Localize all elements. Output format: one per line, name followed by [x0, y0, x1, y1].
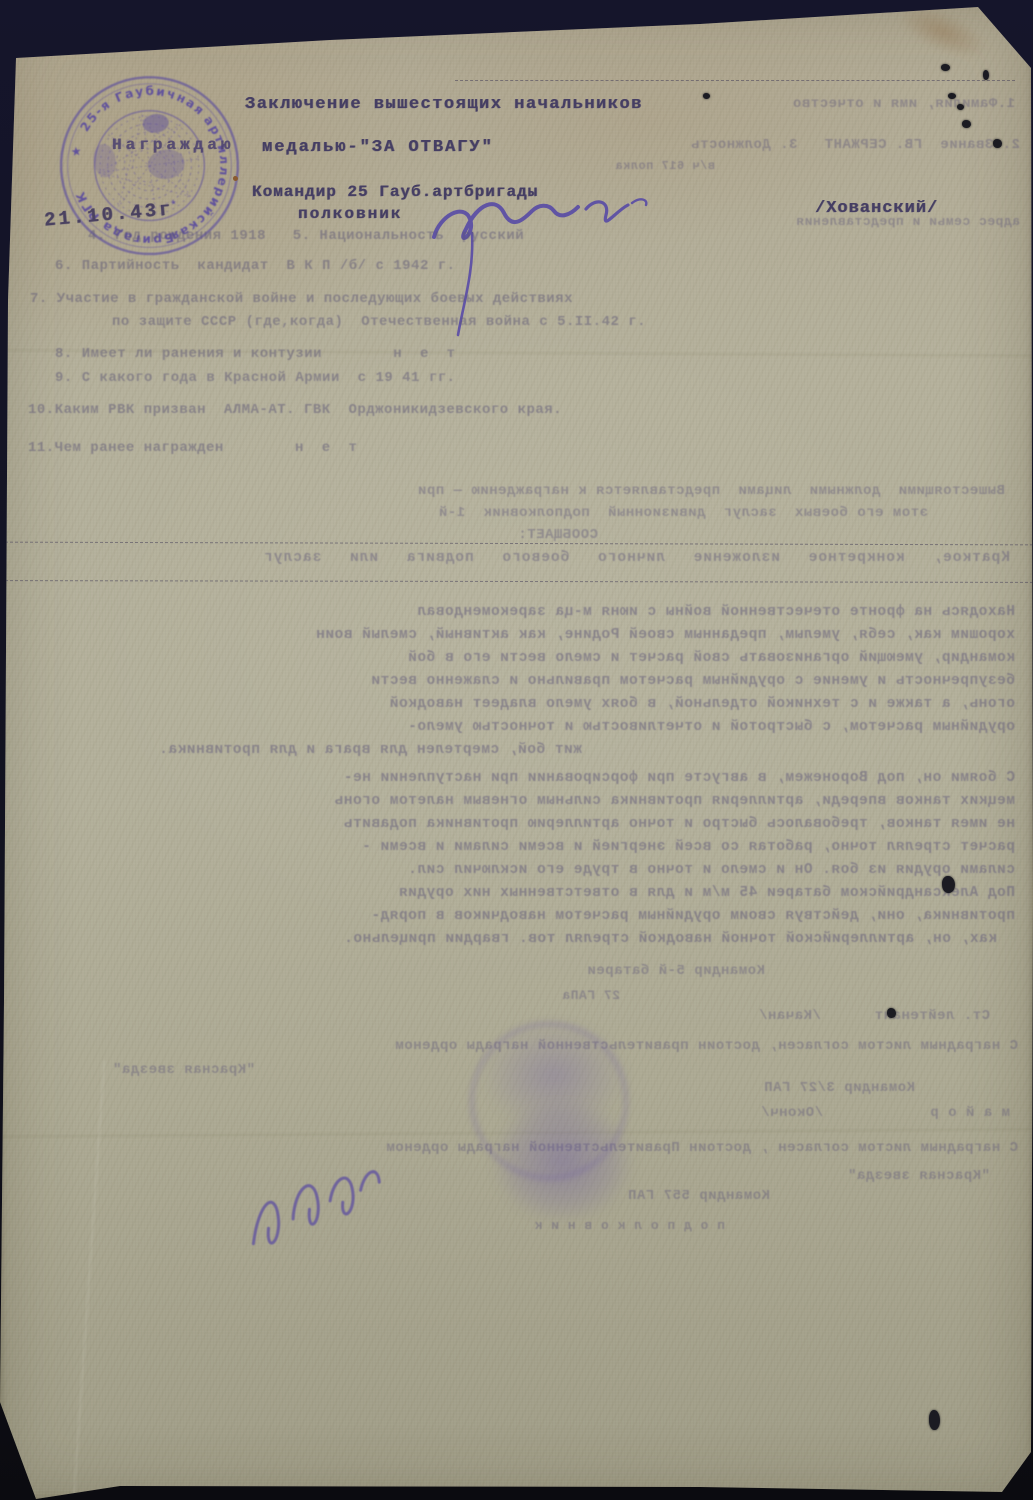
paper-hole [993, 139, 1002, 148]
faded-form-line: 9. С какого года в Красной Армии с 19 41… [55, 370, 655, 386]
bleedthrough-paragraph-line: командир, умеющий организовать свой расч… [22, 650, 1015, 666]
stamp-star: ★ [66, 141, 86, 160]
bleedthrough-paragraph-line: противника, они, действуя своим орудийны… [22, 908, 1015, 924]
bleedthrough-paragraph-line: огонь, а также и с техникой отдельной, в… [22, 696, 1015, 712]
document-page: WWW.FORUMS-SU.COM [0, 0, 1033, 1500]
bleedthrough-paragraph-line: жит бой, смертелен для врага и для проти… [22, 742, 582, 758]
bleedthrough-paragraph-line: безупречность и умение с орудийным расче… [22, 673, 1015, 689]
faded-form-line: 6. Партийность кандидат В К П /б/ с 1942… [55, 258, 755, 274]
dashed-rule [455, 80, 1015, 81]
bleedthrough-line: 2. Звание ГВ. СЕРЖАНТ 3. Должность [520, 137, 1020, 153]
bleedthrough-paragraph-line: С боями он, под Воронежем, в августе при… [60, 770, 1015, 786]
bleedthrough-signature-line: "Красная звезда" [760, 1168, 990, 1184]
paper-hole [942, 876, 955, 893]
bleedthrough-line: в/ч 617 полка [545, 159, 715, 173]
bleedthrough-paragraph-line: Находясь на фронте отечественной войны с… [85, 604, 1015, 620]
paper-hole [929, 1410, 940, 1430]
watermark-forums-su: WWW.FORUMS-SU.COM [38, 27, 217, 45]
bleedthrough-line: СООБЩАЕТ: [428, 527, 598, 543]
bleedthrough-paragraph-line: мецких танков впереди, артиллерия против… [22, 793, 1015, 809]
rust-speck [233, 176, 238, 181]
commander-rank: полковник [298, 205, 402, 223]
bleedthrough-line: Вышестоящими должными лицами представляе… [40, 483, 1005, 499]
paper-hole [948, 93, 956, 99]
bleedthrough-signature-line: Командир 3/27 ГАП [625, 1080, 915, 1096]
bleedthrough-signature-line: п о д п о л к о в н и к [425, 1218, 725, 1233]
bleedthrough-signature-line: Командир 557 ГАП [500, 1188, 770, 1204]
bleedthrough-paragraph-line: ках, он, артиллерийской точной наводкой … [22, 931, 997, 947]
bleedthrough-paragraph-line: орудийным расчетом, с быстротой и отчетл… [22, 719, 1015, 735]
bleedthrough-paragraph-line: Под Александрийском батареи 45 м/м и для… [22, 885, 1015, 901]
faded-form-line: 7. Участие в гражданской войне и последу… [30, 291, 1020, 307]
bleedthrough-paragraph-line: расчет стрелял точно, работая со всей эн… [22, 839, 1015, 855]
faded-form-line: 4. Год рождения 1918 5. Национальность р… [88, 228, 778, 244]
paper-hole [703, 93, 710, 99]
faded-form-line: по защите СССР (где,когда) Отечественная… [112, 314, 812, 330]
award-verb: Награждаю [112, 136, 234, 154]
bleedthrough-paragraph-line: не имея танков, требовалось быстро и точ… [22, 816, 1015, 832]
paper-crease [73, 1060, 106, 1499]
bleedthrough-line: адрес семьи и представления [430, 214, 1020, 229]
bleedthrough-paragraph-line: силами орудия из боя. Он и смело и точно… [22, 862, 1015, 878]
bleedthrough-signature-line: "Красная звезда" [55, 1062, 255, 1078]
bleedthrough-signature-line: 27 ГАПа [500, 988, 620, 1003]
paper-hole [957, 104, 964, 110]
bleedthrough-line: этом его боевых заслуг дивизионный подпо… [88, 505, 928, 521]
faded-form-line: 11.Чем ранее награжден н е т [28, 440, 588, 456]
paper-hole [941, 64, 950, 71]
bleedthrough-paragraph-line: хорошим как, себя, умелым, преданным сво… [22, 627, 1015, 643]
bleedthrough-signature-line: Командир 5-й батареи [435, 963, 765, 979]
conclusion-heading: Заключение вышестоящих начальников [245, 95, 643, 114]
bleedthrough-signature-line: Ст. лейтенант /Качан/ [430, 1008, 990, 1024]
paper-hole [983, 70, 989, 80]
faded-form-line: 8. Имеет ли ранения и контузии н е т [55, 346, 705, 362]
scan-background: WWW.FORUMS-SU.COM [0, 0, 1033, 1500]
unit-round-stamp: ★ 25-я Гаубичная артиллерийская Бригада … [37, 53, 263, 279]
bleedthrough-line: 1.Фамилия, имя и отчество [620, 96, 1015, 112]
paper-hole [887, 1008, 896, 1018]
faded-form-line: 10.Каким РВК призван АЛМА-АТ. ГВК Орджон… [28, 402, 908, 418]
paper-hole [962, 120, 971, 128]
ink-scribble [227, 1140, 423, 1270]
stamp-smudge-ring [470, 1022, 628, 1180]
section-divider-rule [0, 580, 1033, 583]
bleedthrough-section-heading: Краткое, конкретное изложение личного бо… [120, 550, 1010, 566]
award-medal-line: медалью-"ЗА ОТВАГУ" [262, 138, 494, 157]
svg-text:★: ★ [66, 141, 86, 160]
